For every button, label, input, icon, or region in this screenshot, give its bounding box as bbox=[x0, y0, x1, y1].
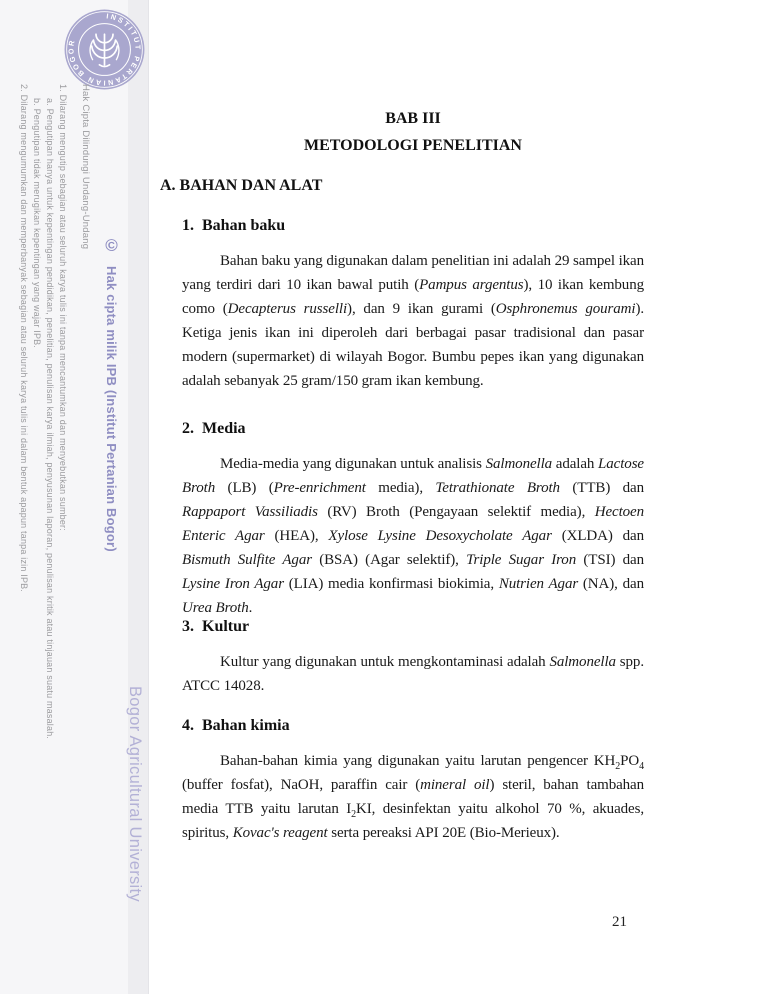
document-section: 4. Bahan kimia Bahan-bahan kimia yang di… bbox=[182, 717, 644, 845]
section-paragraph: Bahan baku yang digunakan dalam peneliti… bbox=[182, 249, 644, 393]
scanned-thesis-page: { "document": { "chapter_title": "BAB II… bbox=[0, 0, 768, 994]
ipb-seal-logo-icon: INSTITUT PERTANIAN BOGOR bbox=[62, 7, 147, 92]
section-heading: 3. Kultur bbox=[182, 618, 644, 636]
section-paragraph: Media-media yang digunakan untuk analisi… bbox=[182, 452, 644, 620]
page-number: 21 bbox=[612, 914, 627, 931]
legal-item: b. Pengutipan tidak merugikan kepentinga… bbox=[30, 98, 43, 990]
legal-item: a. Pengutipan hanya untuk kepentingan pe… bbox=[43, 98, 56, 990]
document-section: 2. Media Media-media yang digunakan untu… bbox=[182, 420, 644, 620]
section-heading: 1. Bahan baku bbox=[182, 217, 644, 235]
copyright-symbol-icon: © bbox=[102, 236, 121, 255]
section-heading: 2. Media bbox=[182, 420, 644, 438]
section-a-heading: A. BAHAN DAN ALAT bbox=[160, 177, 322, 195]
university-name-watermark: Bogor Agricultural University bbox=[125, 686, 144, 902]
copyright-owner-text: Hak cipta milik IPB (Institut Pertanian … bbox=[104, 266, 119, 552]
legal-item: 1. Dilarang mengutip sebagian atau selur… bbox=[56, 84, 69, 990]
legal-item: 2. Dilarang mengumumkan dan memperbanyak… bbox=[17, 84, 30, 990]
legal-header: Hak Cipta Dilindungi Undang-Undang bbox=[79, 84, 92, 990]
section-paragraph: Kultur yang digunakan untuk mengkontamin… bbox=[182, 650, 644, 698]
document-section: 3. Kultur Kultur yang digunakan untuk me… bbox=[182, 618, 644, 698]
section-paragraph: Bahan-bahan kimia yang digunakan yaitu l… bbox=[182, 749, 644, 845]
copyright-legal-notice: Hak Cipta Dilindungi Undang-Undang 1. Di… bbox=[8, 84, 92, 990]
chapter-title-block: BAB III METODOLOGI PENELITIAN bbox=[182, 110, 644, 155]
chapter-subtitle: METODOLOGI PENELITIAN bbox=[182, 137, 644, 155]
watermark-sidebar: INSTITUT PERTANIAN BOGOR Hak Cipta Dilin… bbox=[0, 0, 148, 994]
document-section: 1. Bahan baku Bahan baku yang digunakan … bbox=[182, 217, 644, 393]
copyright-watermark: © Hak cipta milik IPB (Institut Pertania… bbox=[101, 236, 121, 552]
chapter-title: BAB III bbox=[182, 110, 644, 128]
section-heading: 4. Bahan kimia bbox=[182, 717, 644, 735]
